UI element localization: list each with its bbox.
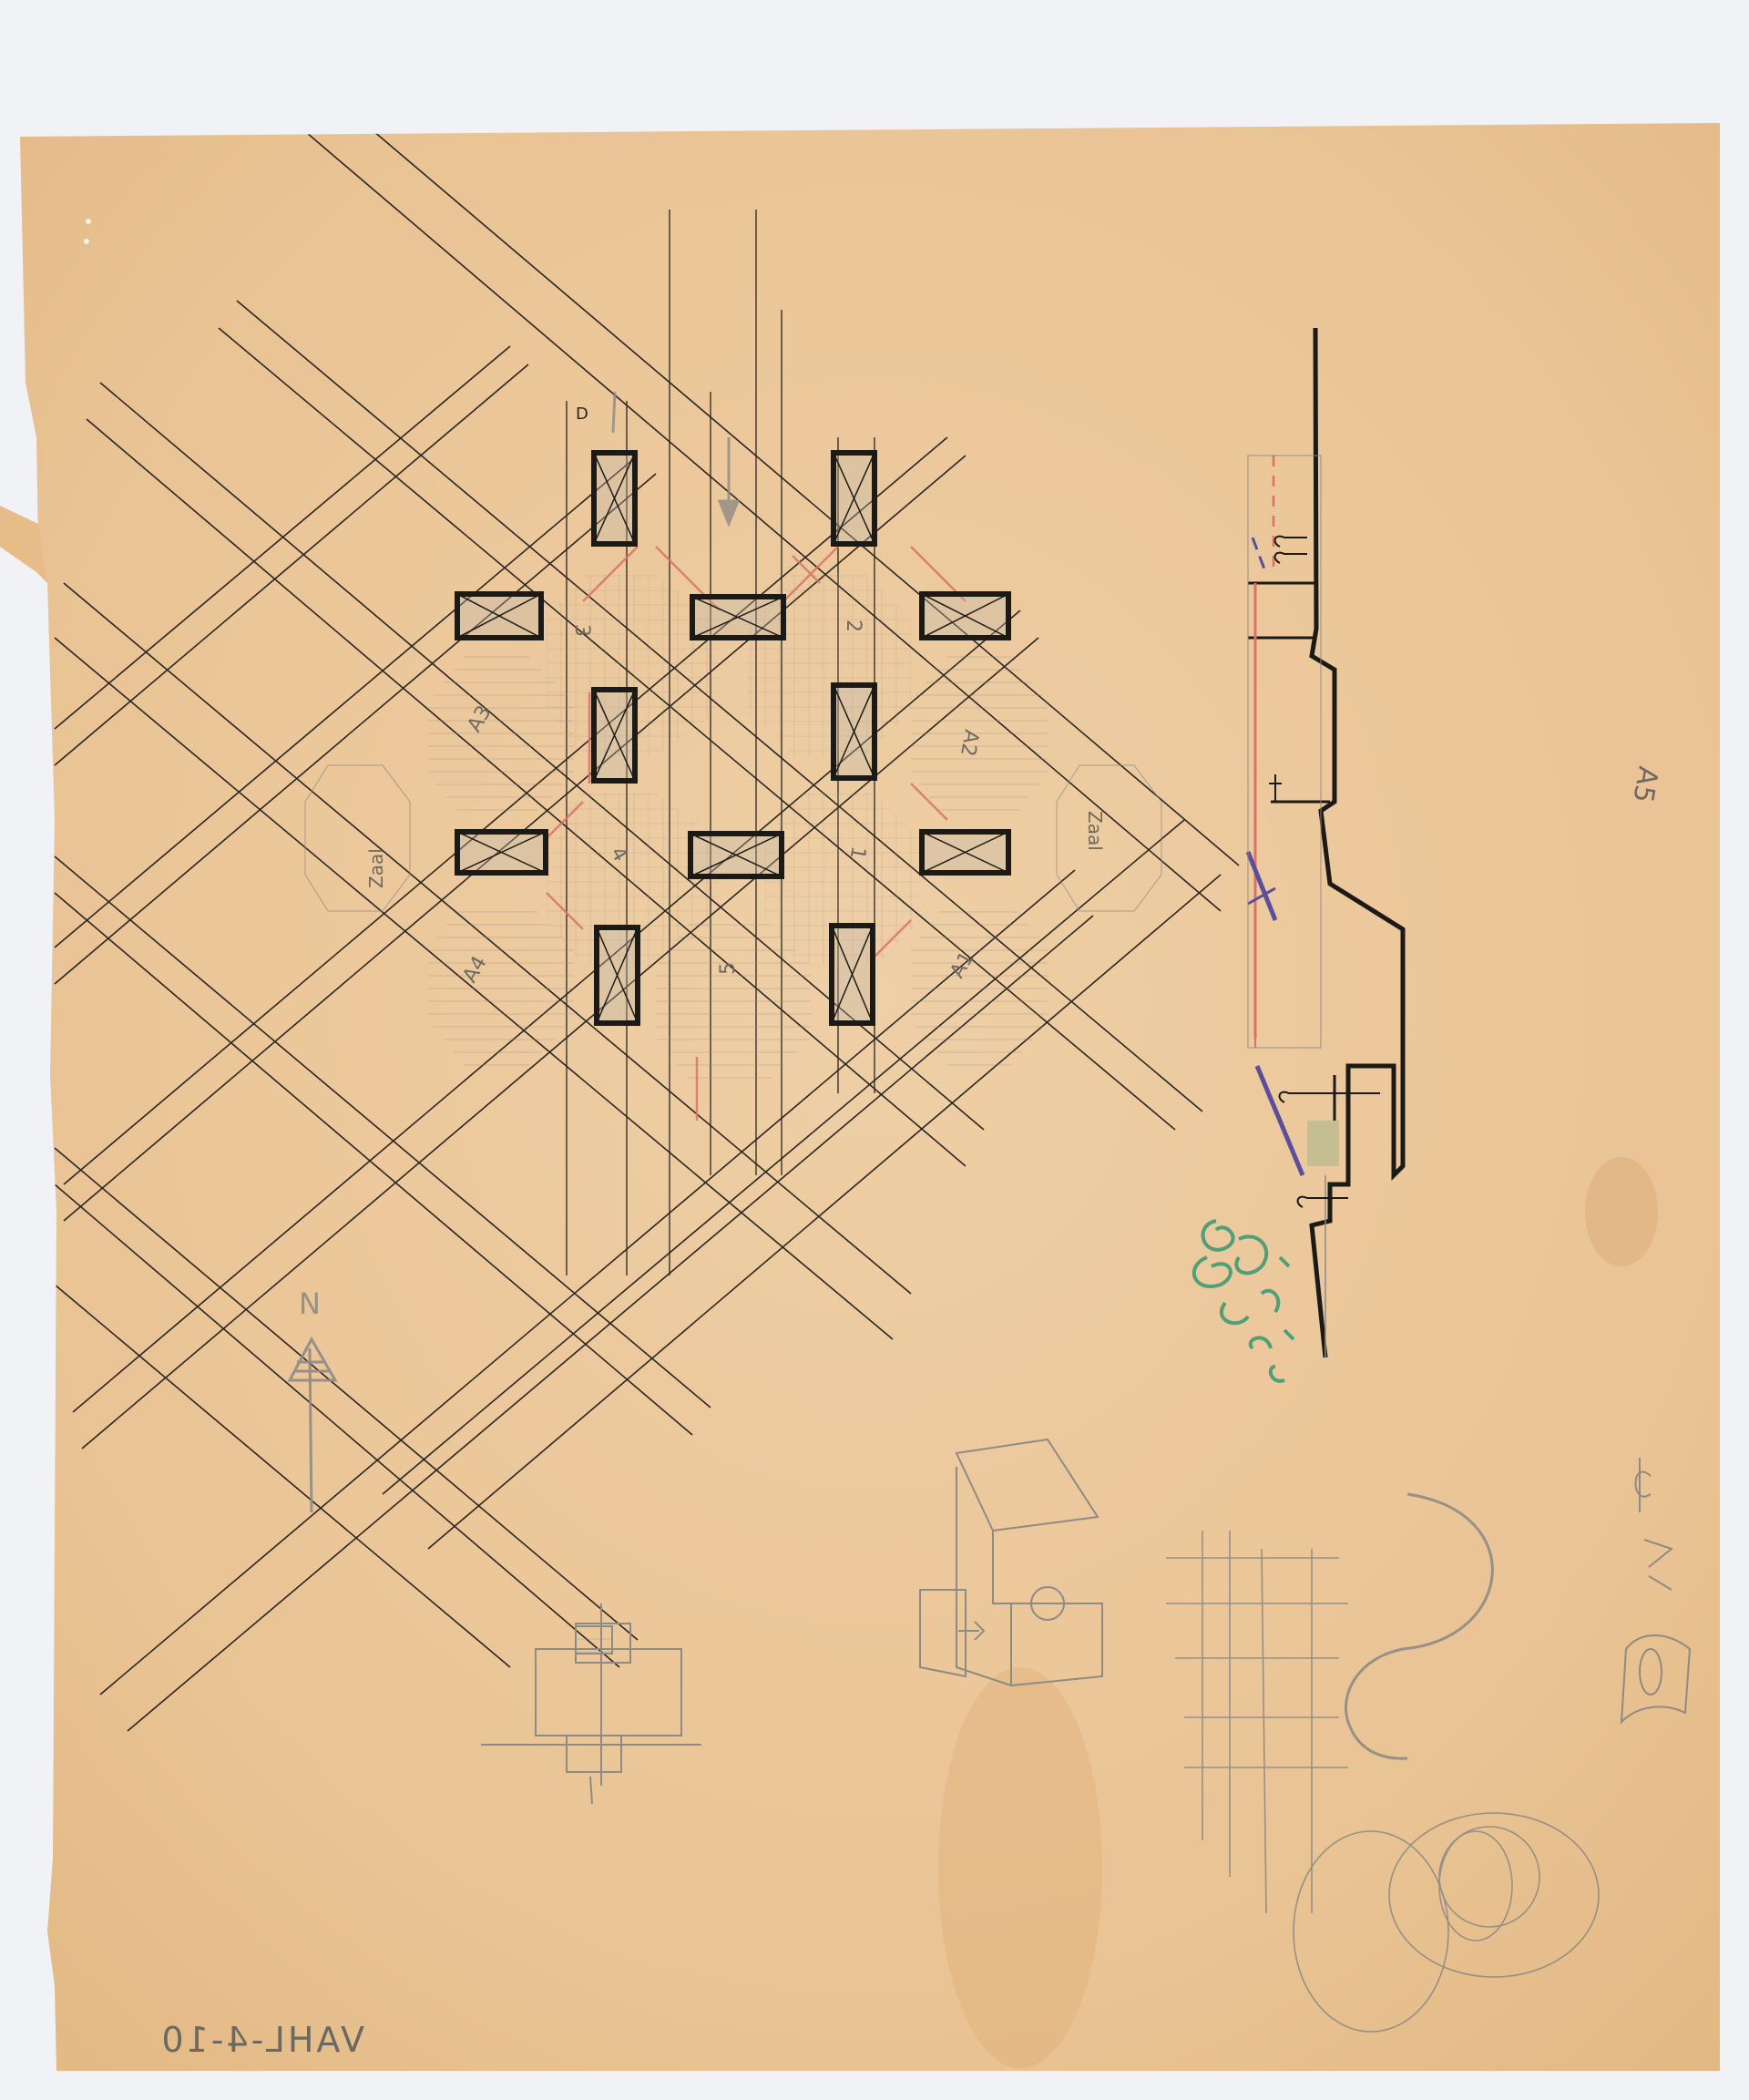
pier: [457, 594, 541, 638]
hall-label: Zaal: [1084, 811, 1106, 851]
section-annotation: A5: [1626, 764, 1663, 805]
paper-sheet: [20, 123, 1720, 2071]
side-room-label: A2: [956, 728, 983, 758]
room-label: 3: [570, 624, 593, 637]
north-label: N: [299, 1286, 321, 1321]
pier: [594, 453, 635, 544]
pier: [692, 597, 783, 638]
pin-hole: [84, 239, 89, 244]
pier: [594, 690, 635, 781]
pier: [922, 594, 1008, 638]
marker-label: D: [576, 405, 588, 424]
pier: [834, 685, 874, 778]
pier: [834, 453, 874, 544]
water-stain: [938, 1667, 1102, 2068]
hall-label: Zaal: [365, 848, 387, 888]
pier: [922, 832, 1008, 873]
drawing-sheet: 3 2 4 1 5 A3 A2 A4 A1 Zaal Zaal D N: [0, 0, 1749, 2100]
pier: [690, 834, 782, 876]
room-label: 2: [842, 620, 864, 632]
room-label: 5: [717, 962, 740, 975]
archive-mark: VAHL-4-10: [159, 2020, 364, 2060]
pier: [597, 927, 638, 1023]
pier: [457, 832, 546, 873]
pier: [832, 926, 873, 1023]
water-stain: [1585, 1157, 1658, 1266]
pin-hole: [86, 219, 91, 224]
